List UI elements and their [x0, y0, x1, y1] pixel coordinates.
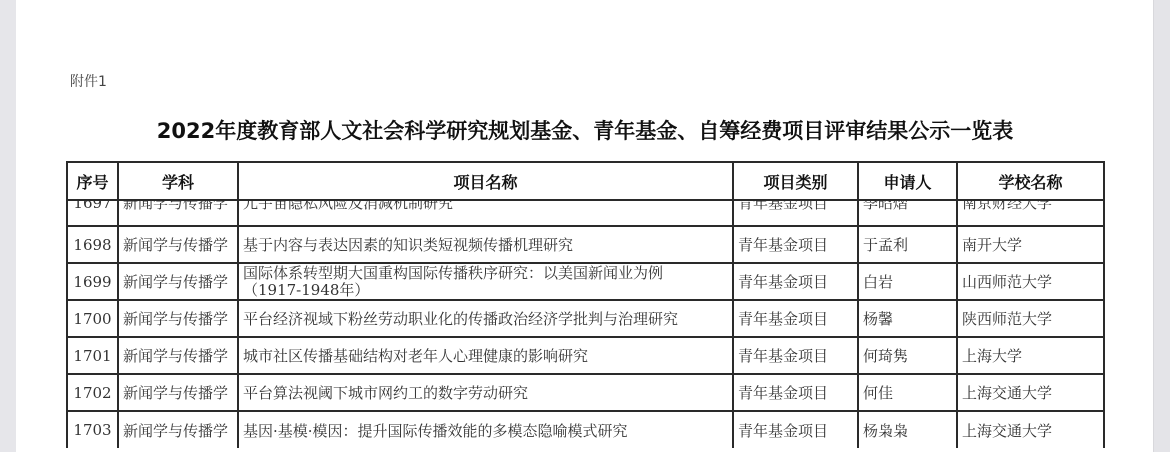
viewer-right-margin	[1153, 0, 1170, 452]
header-category: 项目类别	[733, 162, 858, 200]
cell-no: 1701	[67, 337, 118, 374]
cell-category: 青年基金项目	[733, 411, 858, 448]
cell-project: 元宇宙隐私风险及消减机制研究	[238, 200, 733, 226]
cell-subject: 新闻学与传播学	[118, 337, 238, 374]
table-row: 1700 新闻学与传播学 平台经济视域下粉丝劳动职业化的传播政治经济学批判与治理…	[67, 300, 1104, 337]
cell-applicant: 白岩	[858, 263, 957, 300]
project-title-line2: （1917-1948年）	[243, 282, 728, 299]
attachment-label: 附件1	[70, 71, 107, 91]
cell-school: 陕西师范大学	[957, 300, 1104, 337]
cell-category: 青年基金项目	[733, 374, 858, 411]
cell-applicant: 杨馨	[858, 300, 957, 337]
cell-project: 基于内容与表达因素的知识类短视频传播机理研究	[238, 226, 733, 263]
cell-project: 平台算法视阈下城市网约工的数字劳动研究	[238, 374, 733, 411]
table-header-row: 序号 学科 项目名称 项目类别 申请人 学校名称	[67, 162, 1104, 200]
cell-school: 上海大学	[957, 337, 1104, 374]
cell-no: 1700	[67, 300, 118, 337]
cell-subject: 新闻学与传播学	[118, 200, 238, 226]
table-row: 1699 新闻学与传播学 国际体系转型期大国重构国际传播秩序研究：以美国新闻业为…	[67, 263, 1104, 300]
table-row: 1701 新闻学与传播学 城市社区传播基础结构对老年人心理健康的影响研究 青年基…	[67, 337, 1104, 374]
cell-applicant: 杨枭枭	[858, 411, 957, 448]
header-project: 项目名称	[238, 162, 733, 200]
document-title: 2022年度教育部人文社会科学研究规划基金、青年基金、自筹经费项目评审结果公示一…	[0, 115, 1170, 145]
project-title-line1: 国际体系转型期大国重构国际传播秩序研究：以美国新闻业为例	[243, 265, 728, 282]
cell-subject: 新闻学与传播学	[118, 226, 238, 263]
cell-no: 1697	[67, 200, 118, 226]
header-school: 学校名称	[957, 162, 1104, 200]
cell-school: 上海交通大学	[957, 411, 1104, 448]
cell-project: 国际体系转型期大国重构国际传播秩序研究：以美国新闻业为例 （1917-1948年…	[238, 263, 733, 300]
cell-no: 1698	[67, 226, 118, 263]
header-subject: 学科	[118, 162, 238, 200]
table-row: 1702 新闻学与传播学 平台算法视阈下城市网约工的数字劳动研究 青年基金项目 …	[67, 374, 1104, 411]
cell-project: 基因·基模·模因：提升国际传播效能的多模态隐喻模式研究	[238, 411, 733, 448]
cell-project: 城市社区传播基础结构对老年人心理健康的影响研究	[238, 337, 733, 374]
table-row: 1697 新闻学与传播学 元宇宙隐私风险及消减机制研究 青年基金项目 李昭熠 南…	[67, 200, 1104, 226]
header-applicant: 申请人	[858, 162, 957, 200]
cell-category: 青年基金项目	[733, 300, 858, 337]
cell-school: 山西师范大学	[957, 263, 1104, 300]
cell-school: 南京财经大学	[957, 200, 1104, 226]
cell-subject: 新闻学与传播学	[118, 263, 238, 300]
cell-subject: 新闻学与传播学	[118, 300, 238, 337]
cell-no: 1699	[67, 263, 118, 300]
cell-school: 南开大学	[957, 226, 1104, 263]
cell-subject: 新闻学与传播学	[118, 411, 238, 448]
viewer-left-margin	[0, 0, 16, 452]
cell-applicant: 何琦隽	[858, 337, 957, 374]
cell-category: 青年基金项目	[733, 226, 858, 263]
cell-no: 1702	[67, 374, 118, 411]
cell-subject: 新闻学与传播学	[118, 374, 238, 411]
cell-applicant: 于孟利	[858, 226, 957, 263]
cell-category: 青年基金项目	[733, 263, 858, 300]
cell-applicant: 何佳	[858, 374, 957, 411]
cell-category: 青年基金项目	[733, 200, 858, 226]
cell-applicant: 李昭熠	[858, 200, 957, 226]
table-row: 1703 新闻学与传播学 基因·基模·模因：提升国际传播效能的多模态隐喻模式研究…	[67, 411, 1104, 448]
cell-project: 平台经济视域下粉丝劳动职业化的传播政治经济学批判与治理研究	[238, 300, 733, 337]
cell-category: 青年基金项目	[733, 337, 858, 374]
header-no: 序号	[67, 162, 118, 200]
cell-school: 上海交通大学	[957, 374, 1104, 411]
results-table: 序号 学科 项目名称 项目类别 申请人 学校名称 1697 新闻学与传播学 元宇…	[66, 161, 1105, 448]
cell-no: 1703	[67, 411, 118, 448]
table-row: 1698 新闻学与传播学 基于内容与表达因素的知识类短视频传播机理研究 青年基金…	[67, 226, 1104, 263]
